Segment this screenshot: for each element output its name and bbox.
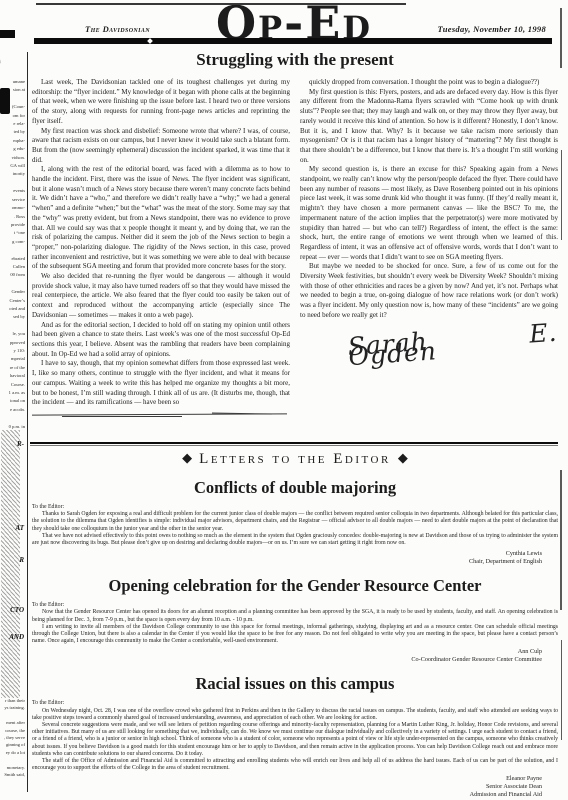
author-signature: Sarah E. Ogden	[348, 327, 559, 361]
page-edge-mark	[560, 470, 562, 610]
hatch-fragment: CTO	[0, 606, 24, 614]
letter-headline: Opening celebration for the Gender Resou…	[32, 576, 558, 596]
article-columns: Last week, The Davidsonian tackled one o…	[32, 78, 558, 436]
article-paragraph: And as for the editorial section, I deci…	[32, 321, 290, 360]
letter-signoff: Ann Culp Co-Coordinator Gender Resource …	[32, 648, 542, 664]
letter-paragraph: Now that the Gender Resource Center has …	[32, 609, 558, 623]
masthead: The Davidsonian Op-Ed Tuesday, November …	[30, 0, 558, 48]
page-edge-mark	[561, 640, 562, 740]
page-fold-line	[27, 52, 28, 792]
article-paragraph: But maybe we needed to be shocked for on…	[300, 262, 558, 320]
scan-hatch-texture	[1, 430, 20, 698]
hatch-fragment: AT	[0, 524, 24, 532]
letter-body: Now that the Gender Resource Center has …	[32, 609, 558, 645]
article-paragraph: My first reaction was shock and disbelie…	[32, 127, 290, 166]
diamond-icon: ◆	[391, 450, 415, 465]
hatch-fragment: AND	[0, 633, 24, 641]
letter-paragraph: On Wednesday night, Oct. 28, I was one o…	[32, 708, 558, 722]
diamond-icon: ◆	[175, 450, 199, 465]
article-paragraph: quickly dropped from conversation. I tho…	[300, 78, 558, 88]
issue-date: Tuesday, November 10, 1998	[438, 24, 546, 34]
letter-headline: Racial issues on this campus	[32, 674, 558, 694]
letter-paragraph: I am writing to invite all members of th…	[32, 624, 558, 646]
editorial-article: Struggling with the present Last week, T…	[32, 50, 558, 436]
letters-section-heading: ◆Letters to the Editor◆	[32, 450, 558, 468]
article-left-column: Last week, The Davidsonian tackled one o…	[32, 78, 290, 436]
letter-signoff: Eleanor Payne Senior Associate Dean Admi…	[32, 775, 542, 799]
scan-artifact-bar	[0, 30, 15, 38]
letter-paragraph: The staff of the Office of Admission and…	[32, 758, 558, 772]
left-scan-margin: e umane sion at (Coun- om for e rela- te…	[0, 0, 28, 800]
section-divider-rule	[30, 442, 558, 446]
article-paragraph: Last week, The Davidsonian tackled one o…	[32, 78, 290, 127]
letter-salutation: To the Editor:	[32, 700, 558, 707]
letter-body: On Wednesday night, Oct. 28, I was one o…	[32, 708, 558, 773]
letter-signoff: Cynthia Lewis Chair, Department of Engli…	[32, 550, 542, 566]
article-paragraph: We also decided that re-running the flye…	[32, 272, 290, 321]
letter-paragraph: Thanks to Sarah Ogden for exposing a rea…	[32, 511, 558, 533]
letter-paragraph: That we have not advised effectively to …	[32, 533, 558, 547]
letter-double-majoring: Conflicts of double majoring To the Edit…	[32, 478, 558, 566]
page-content: Struggling with the present Last week, T…	[32, 50, 558, 800]
article-paragraph: I, along with the rest of the editorial …	[32, 165, 290, 272]
letters-heading-label: Letters to the Editor	[199, 451, 391, 467]
scan-scratch-line	[32, 413, 290, 417]
adjacent-column-fragments-bottom: r than their ys training. ment after cou…	[0, 697, 25, 778]
hatch-fragment: R-	[0, 440, 24, 448]
adjacent-column-fragments-top: umane sion at (Coun- om for e rela- ted …	[0, 78, 25, 431]
masthead-rule	[34, 38, 552, 44]
letter-paragraph: Several concrete suggestions were made, …	[32, 722, 558, 758]
newspaper-page: e umane sion at (Coun- om for e rela- te…	[0, 0, 568, 800]
page-edge-mark	[561, 150, 562, 240]
letter-headline: Conflicts of double majoring	[32, 478, 558, 498]
hatch-fragment: R	[0, 556, 24, 564]
page-edge-mark	[560, 8, 562, 68]
letter-body: Thanks to Sarah Ogden for exposing a rea…	[32, 511, 558, 547]
adjacent-column-glyph: e	[0, 42, 1, 80]
article-headline: Struggling with the present	[32, 50, 558, 70]
letter-gender-resource-center: Opening celebration for the Gender Resou…	[32, 576, 558, 664]
article-paragraph: My second question is, is there an excus…	[300, 165, 558, 262]
article-right-column: quickly dropped from conversation. I tho…	[300, 78, 558, 436]
article-paragraph: My first question is this: Flyers, poste…	[300, 88, 558, 166]
article-paragraph: I have to say, though, that my opinion s…	[32, 359, 290, 408]
letter-racial-issues: Racial issues on this campus To the Edit…	[32, 674, 558, 799]
